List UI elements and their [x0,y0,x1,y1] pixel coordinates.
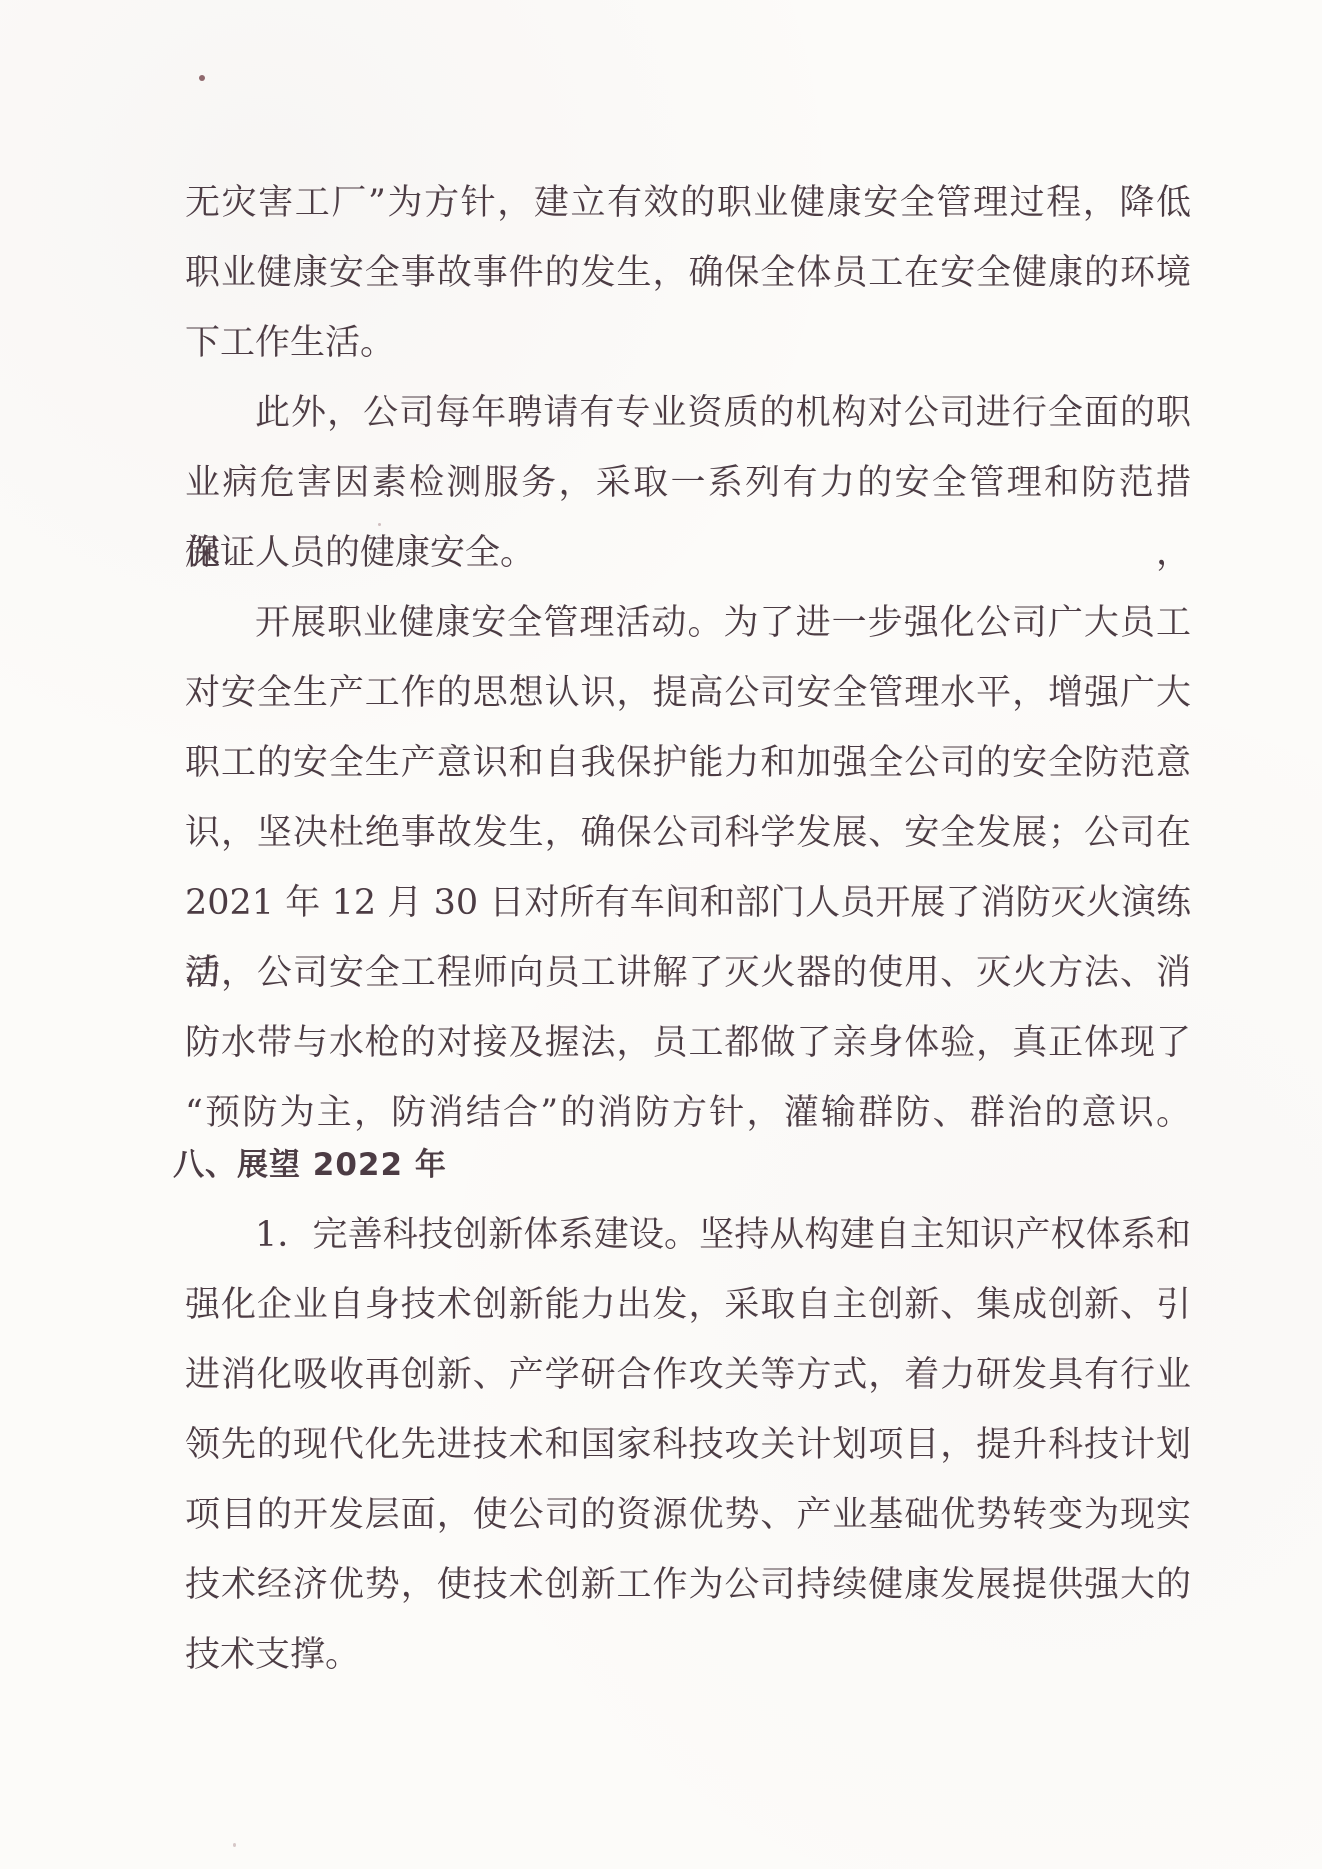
text-line: 动，公司安全工程师向员工讲解了灭火器的使用、灭火方法、消 [185,938,1191,1008]
text-line: 强化企业自身技术创新能力出发，采取自主创新、集成创新、引 [185,1270,1191,1340]
scan-speck [199,75,205,81]
text-line: 防水带与水枪的对接及握法，员工都做了亲身体验，真正体现了 [185,1008,1191,1078]
document-page: 无灾害工厂”为方针，建立有效的职业健康安全管理过程，降低职业健康安全事故事件的发… [0,0,1322,1869]
text-line: 业病危害因素检测服务，采取一系列有力的安全管理和防范措施， [185,448,1191,518]
text-line: 职业健康安全事故事件的发生，确保全体员工在安全健康的环境 [185,238,1191,308]
scan-speck [233,1843,236,1847]
text-line: 项目的开发层面，使公司的资源优势、产业基础优势转变为现实 [185,1480,1191,1550]
text-line: 下工作生活。 [185,308,1191,378]
text-line: 领先的现代化先进技术和国家科技攻关计划项目，提升科技计划 [185,1410,1191,1480]
text-line: 2021 年 12 月 30 日对所有车间和部门人员开展了消防灭火演练活 [185,868,1191,938]
text-line: 此外，公司每年聘请有专业资质的机构对公司进行全面的职 [185,378,1191,448]
text-line: “预防为主，防消结合”的消防方针，灌输群防、群治的意识。 [185,1078,1191,1148]
text-line: 识，坚决杜绝事故发生，确保公司科学发展、安全发展；公司在 [185,798,1191,868]
text-line: 开展职业健康安全管理活动。为了进一步强化公司广大员工 [185,588,1191,658]
text-line: 无灾害工厂”为方针，建立有效的职业健康安全管理过程，降低 [185,168,1191,238]
text-line: 进消化吸收再创新、产学研合作攻关等方式，着力研发具有行业 [185,1340,1191,1410]
text-line: 技术支撑。 [185,1620,1191,1690]
text-line: 1．完善科技创新体系建设。坚持从构建自主知识产权体系和 [185,1200,1191,1270]
text-line: 职工的安全生产意识和自我保护能力和加强全公司的安全防范意 [185,728,1191,798]
text-line: 技术经济优势，使技术创新工作为公司持续健康发展提供强大的 [185,1550,1191,1620]
text-block: 无灾害工厂”为方针，建立有效的职业健康安全管理过程，降低职业健康安全事故事件的发… [185,168,1191,1690]
text-line: 对安全生产工作的思想认识，提高公司安全管理水平，增强广大 [185,658,1191,728]
